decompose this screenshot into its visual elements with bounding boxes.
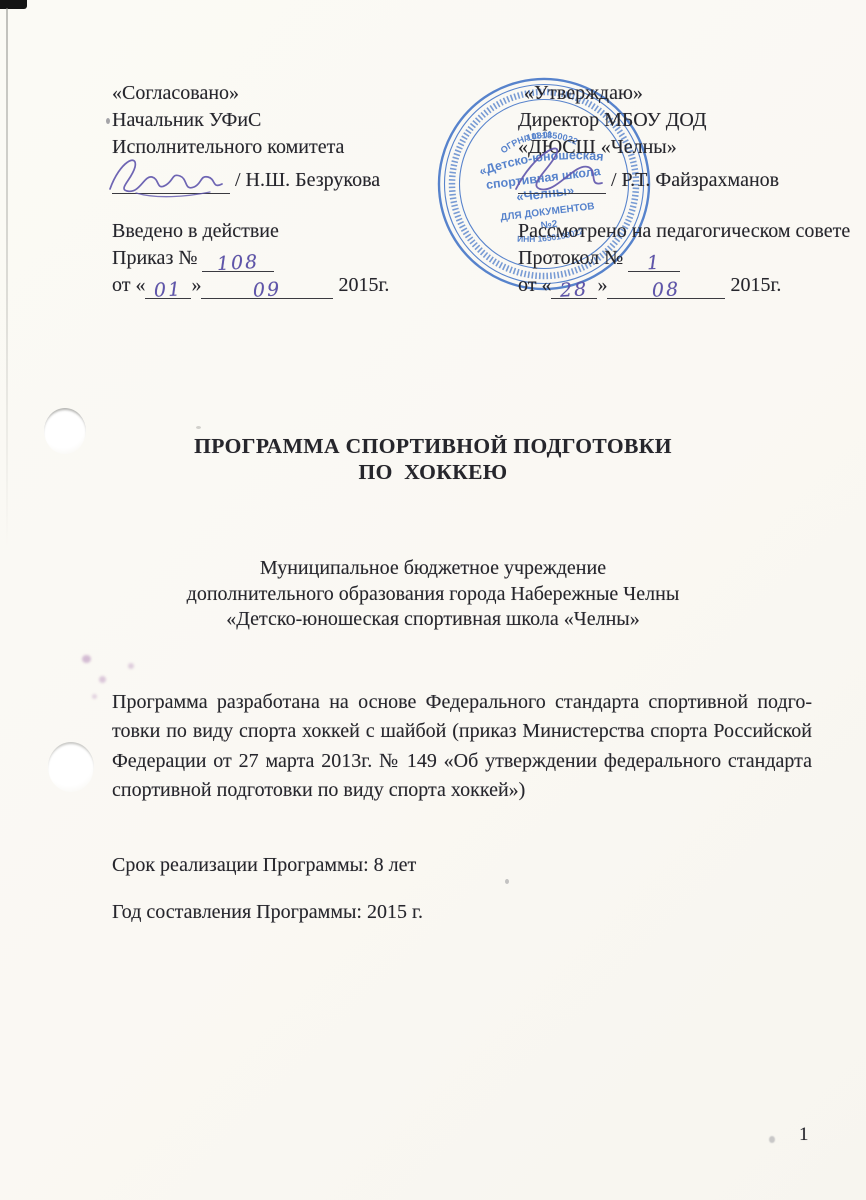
date-quote: » [191,274,201,296]
handwritten-protocol-number: 1 [646,250,661,278]
scan-corner-artifact [0,0,27,9]
approver-position-line1: Начальник УФиС [112,107,380,134]
basis-line4: спортивной подготовки по виду спорта хок… [112,779,812,808]
program-term-line: Срок реализации Программы: 8 лет [112,852,416,879]
ink-smudge [99,676,106,683]
document-title-line2: ПО ХОККЕЮ [0,459,866,485]
month-blank: 09 [201,278,333,299]
signature-row-right: / Р.Т. Файзрахманов [518,167,779,194]
institution-line3: «Детско-юношеская спортивная школа «Челн… [0,607,866,633]
scan-speck [196,426,201,429]
approved-label: «Утверждаю» [518,80,779,107]
program-year-line: Год составления Программы: 2015 г. [112,899,423,926]
agreed-label: «Согласовано» [112,80,380,107]
enactment-block: Введено в действие Приказ № 108 от «01»0… [112,218,389,299]
day-blank: 01 [145,278,191,299]
date-year: 2015г. [333,274,389,296]
review-date-line: от «28»08 2015г. [518,272,850,299]
ink-smudge [82,655,91,663]
date-prefix: от « [112,274,145,296]
signature-row-left: / Н.Ш. Безрукова [112,167,380,194]
approval-block-left: «Согласовано» Начальник УФиС Исполнитель… [112,80,380,194]
signatory-name-left: / Н.Ш. Безрукова [235,169,380,191]
review-title: Рассмотрено на педагогическом совете [518,218,850,245]
signature-line-left [112,173,230,194]
ink-smudge [92,694,97,699]
document-title-line1: ПРОГРАММА СПОРТИВНОЙ ПОДГОТОВКИ [0,433,866,459]
order-line: Приказ № 108 [112,245,389,272]
basis-line1: Программа разработана на основе Федераль… [112,691,812,720]
institution-line2: дополнительного образования города Набер… [0,582,866,608]
date-quote: » [597,274,607,296]
protocol-number-blank: 1 [628,251,680,272]
handwritten-month: 09 [253,276,283,304]
basis-line3: Федерации от 27 марта 2013г. № 149 «Об у… [112,750,812,779]
scan-speck [505,879,509,884]
signature-line-right [518,173,606,194]
program-basis-paragraph: Программа разработана на основе Федераль… [112,691,812,808]
page-number: 1 [799,1124,809,1146]
review-block: Рассмотрено на педагогическом совете Про… [518,218,850,299]
date-year: 2015г. [725,274,781,296]
month-blank: 08 [607,278,725,299]
enactment-title: Введено в действие [112,218,389,245]
director-position-line2: «ДЮСШ «Челны» [518,134,779,161]
signatory-name-right: / Р.Т. Файзрахманов [611,169,779,191]
document-title: ПРОГРАММА СПОРТИВНОЙ ПОДГОТОВКИ ПО ХОККЕ… [0,433,866,485]
scan-speck [106,118,110,124]
handwritten-order-number: 108 [217,249,261,278]
basis-line2: товки по виду спорта хоккей с шайбой (пр… [112,720,812,749]
day-blank: 28 [551,278,597,299]
protocol-label: Протокол № [518,247,628,269]
ink-smudge [128,663,134,669]
order-number-blank: 108 [202,251,274,272]
approver-position-line2: Исполнительного комитета [112,134,380,161]
hole-punch-mark [48,742,94,792]
approval-block-right: «Утверждаю» Директор МБОУ ДОД «ДЮСШ «Чел… [518,80,779,194]
handwritten-month: 08 [652,276,682,304]
protocol-line: Протокол № 1 [518,245,850,272]
director-position-line1: Директор МБОУ ДОД [518,107,779,134]
institution-block: Муниципальное бюджетное учреждение допол… [0,556,866,633]
handwritten-day: 01 [154,276,184,304]
scanned-document-page: ОГРН 1081850022 р 11-01 «Детско-юношеска… [0,0,866,1200]
scan-speck [769,1136,775,1143]
date-prefix: от « [518,274,551,296]
handwritten-day: 28 [560,276,590,304]
order-label: Приказ № [112,247,202,269]
institution-line1: Муниципальное бюджетное учреждение [0,556,866,582]
